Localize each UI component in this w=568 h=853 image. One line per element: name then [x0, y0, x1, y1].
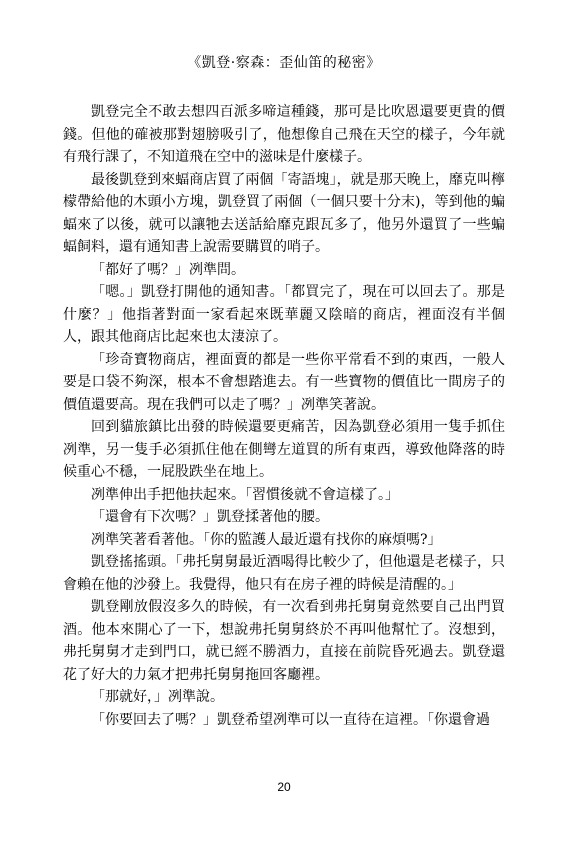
paragraph: 「都好了嗎？」冽準問。 — [63, 259, 505, 282]
paragraph: 最後凱登到來蝠商店買了兩個「寄語塊」，就是那天晚上，靡克叫檸檬帶給他的木頭小方塊… — [63, 169, 505, 259]
page-title: 《凱登·察森：歪仙笛的秘密》 — [0, 0, 568, 72]
book-page: 《凱登·察森：歪仙笛的秘密》 凱登完全不敢去想四百派多啼這種錢，那可是比吹恩還要… — [0, 0, 568, 853]
page-number: 20 — [0, 780, 568, 794]
paragraph: 「嗯。」凱登打開他的通知書。「都買完了，現在可以回去了。那是什麼？」他指著對面一… — [63, 281, 505, 349]
paragraph: 冽準伸出手把他扶起來。「習慣後就不會這樣了。」 — [63, 484, 505, 507]
paragraph: 凱登搖搖頭。「弗托舅舅最近酒喝得比較少了，但他還是老樣子，只會賴在他的沙發上。我… — [63, 551, 505, 596]
paragraph: 冽準笑著看著他。「你的監護人最近還有找你的麻煩嗎?」 — [63, 529, 505, 552]
paragraph: 「那就好，」冽準說。 — [63, 686, 505, 709]
paragraph: 「你要回去了嗎？」凱登希望冽準可以一直待在這裡。「你還會過 — [63, 709, 505, 732]
paragraph: 「還會有下次嗎？」凱登揉著他的腰。 — [63, 506, 505, 529]
page-content: 凱登完全不敢去想四百派多啼這種錢，那可是比吹恩還要更貴的價錢。但他的確被那對翅膀… — [63, 101, 505, 731]
paragraph: 「珍奇寶物商店，裡面賣的都是一些你平常看不到的東西，一般人要是口袋不夠深，根本不… — [63, 349, 505, 417]
paragraph: 凱登完全不敢去想四百派多啼這種錢，那可是比吹恩還要更貴的價錢。但他的確被那對翅膀… — [63, 101, 505, 169]
paragraph: 凱登剛放假沒多久的時候，有一次看到弗托舅舅竟然要自己出門買酒。他本來開心了一下，… — [63, 596, 505, 686]
paragraph: 回到貓旅鎮比出發的時候還要更痛苦，因為凱登必須用一隻手抓住冽準，另一隻手必須抓住… — [63, 416, 505, 484]
